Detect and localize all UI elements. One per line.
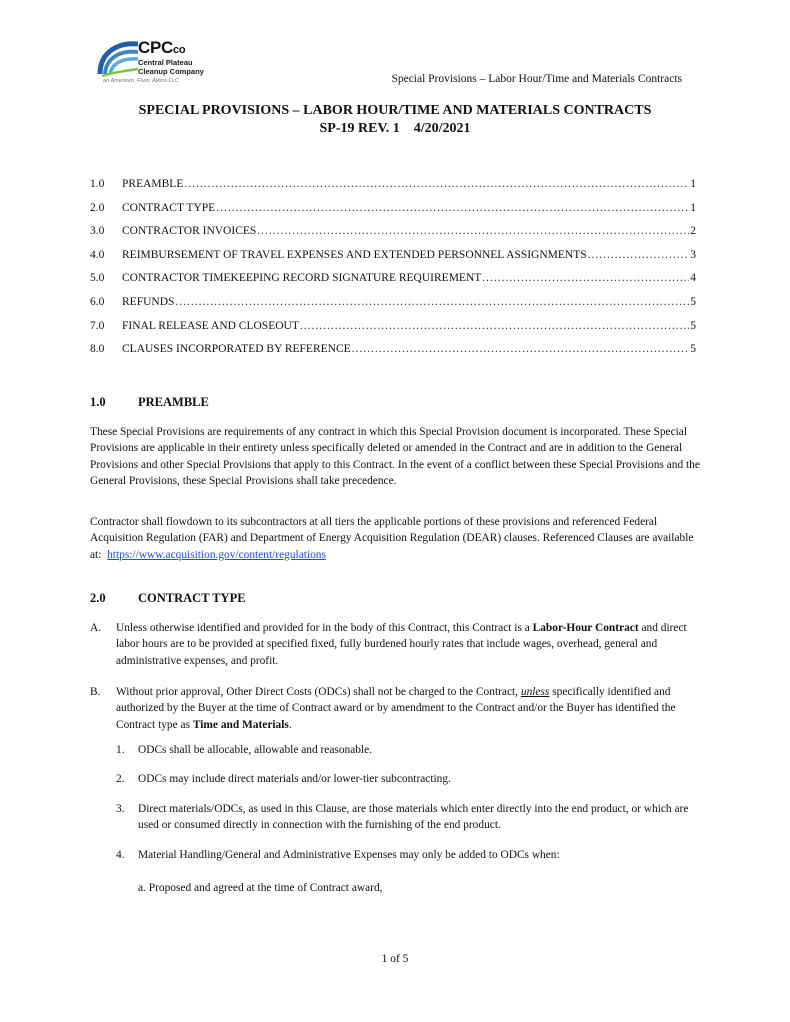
- toc-title[interactable]: REIMBURSEMENT OF TRAVEL EXPENSES AND EXT…: [122, 249, 587, 261]
- toc-page-number: 3: [690, 249, 696, 261]
- page-number: 1 of 5: [0, 953, 790, 965]
- logo-brand: CPCco: [138, 38, 185, 58]
- toc-number: 3.0: [90, 225, 122, 237]
- toc-entry[interactable]: 8.0CLAUSES INCORPORATED BY REFERENCE5: [90, 343, 696, 367]
- doc-id: SP-19 REV. 1: [319, 121, 399, 136]
- toc-entry[interactable]: 7.0FINAL RELEASE AND CLOSEOUT5: [90, 320, 696, 344]
- toc-number: 7.0: [90, 320, 122, 332]
- clause-b: B. Without prior approval, Other Direct …: [90, 684, 700, 733]
- company-logo: CPCco Central Plateau Cleanup Company an…: [96, 38, 246, 90]
- toc-leader-dots: [257, 225, 689, 237]
- toc-entry[interactable]: 3.0CONTRACTOR INVOICES2: [90, 225, 696, 249]
- toc-title[interactable]: FINAL RELEASE AND CLOSEOUT: [122, 320, 299, 332]
- wave-logo-icon: [96, 38, 140, 78]
- table-of-contents: 1.0PREAMBLE12.0CONTRACT TYPE13.0CONTRACT…: [90, 178, 696, 367]
- toc-page-number: 2: [690, 225, 696, 237]
- toc-entry[interactable]: 1.0PREAMBLE1: [90, 178, 696, 202]
- toc-number: 4.0: [90, 249, 122, 261]
- toc-title[interactable]: CLAUSES INCORPORATED BY REFERENCE: [122, 343, 351, 355]
- doc-date: 4/20/2021: [414, 121, 471, 136]
- toc-page-number: 5: [690, 343, 696, 355]
- clause-b-item-2: 2. ODCs may include direct materials and…: [116, 771, 702, 787]
- document-subtitle: SP-19 REV. 14/20/2021: [0, 121, 790, 137]
- toc-leader-dots: [175, 296, 689, 308]
- toc-entry[interactable]: 6.0REFUNDS5: [90, 296, 696, 320]
- toc-title[interactable]: CONTRACTOR TIMEKEEPING RECORD SIGNATURE …: [122, 272, 481, 284]
- logo-tagline: an Amentum, Fluor, Atkins LLC: [103, 78, 179, 84]
- time-and-materials-term: Time and Materials: [193, 719, 289, 731]
- toc-title[interactable]: CONTRACTOR INVOICES: [122, 225, 256, 237]
- toc-entry[interactable]: 5.0CONTRACTOR TIMEKEEPING RECORD SIGNATU…: [90, 272, 696, 296]
- document-page: CPCco Central Plateau Cleanup Company an…: [0, 0, 790, 1022]
- toc-number: 1.0: [90, 178, 122, 190]
- toc-page-number: 1: [690, 202, 696, 214]
- logo-line-1: Central Plateau: [138, 58, 193, 67]
- clause-b-item-1: 1. ODCs shall be allocable, allowable an…: [116, 742, 702, 758]
- clause-b-item-4a: a. Proposed and agreed at the time of Co…: [138, 880, 383, 896]
- document-title: SPECIAL PROVISIONS – LABOR HOUR/TIME AND…: [0, 103, 790, 119]
- toc-leader-dots: [300, 320, 689, 332]
- toc-number: 8.0: [90, 343, 122, 355]
- toc-leader-dots: [216, 202, 689, 214]
- toc-title[interactable]: PREAMBLE: [122, 178, 183, 190]
- toc-title[interactable]: CONTRACT TYPE: [122, 202, 215, 214]
- clause-a: A. Unless otherwise identified and provi…: [90, 620, 700, 669]
- toc-number: 6.0: [90, 296, 122, 308]
- toc-entry[interactable]: 4.0REIMBURSEMENT OF TRAVEL EXPENSES AND …: [90, 249, 696, 273]
- toc-title[interactable]: REFUNDS: [122, 296, 174, 308]
- logo-line-2: Cleanup Company: [138, 67, 204, 76]
- clause-b-item-4: 4. Material Handling/General and Adminis…: [116, 847, 702, 863]
- toc-leader-dots: [352, 343, 690, 355]
- toc-number: 5.0: [90, 272, 122, 284]
- toc-leader-dots: [184, 178, 689, 190]
- preamble-paragraph-2: Contractor shall flowdown to its subcont…: [90, 514, 700, 563]
- toc-page-number: 5: [690, 296, 696, 308]
- running-header: Special Provisions – Labor Hour/Time and…: [391, 73, 682, 85]
- unless-emphasis: unless: [521, 686, 549, 698]
- section-heading-preamble: 1.0PREAMBLE: [90, 395, 209, 410]
- toc-number: 2.0: [90, 202, 122, 214]
- toc-leader-dots: [482, 272, 689, 284]
- clause-b-item-3: 3. Direct materials/ODCs, as used in thi…: [116, 801, 702, 834]
- regulations-link[interactable]: https://www.acquisition.gov/content/regu…: [107, 549, 326, 561]
- toc-leader-dots: [588, 249, 690, 261]
- section-heading-contract-type: 2.0CONTRACT TYPE: [90, 591, 246, 606]
- toc-page-number: 5: [690, 320, 696, 332]
- toc-page-number: 4: [690, 272, 696, 284]
- toc-entry[interactable]: 2.0CONTRACT TYPE1: [90, 202, 696, 226]
- toc-page-number: 1: [690, 178, 696, 190]
- labor-hour-term: Labor-Hour Contract: [533, 622, 639, 634]
- preamble-paragraph-1: These Special Provisions are requirement…: [90, 424, 700, 489]
